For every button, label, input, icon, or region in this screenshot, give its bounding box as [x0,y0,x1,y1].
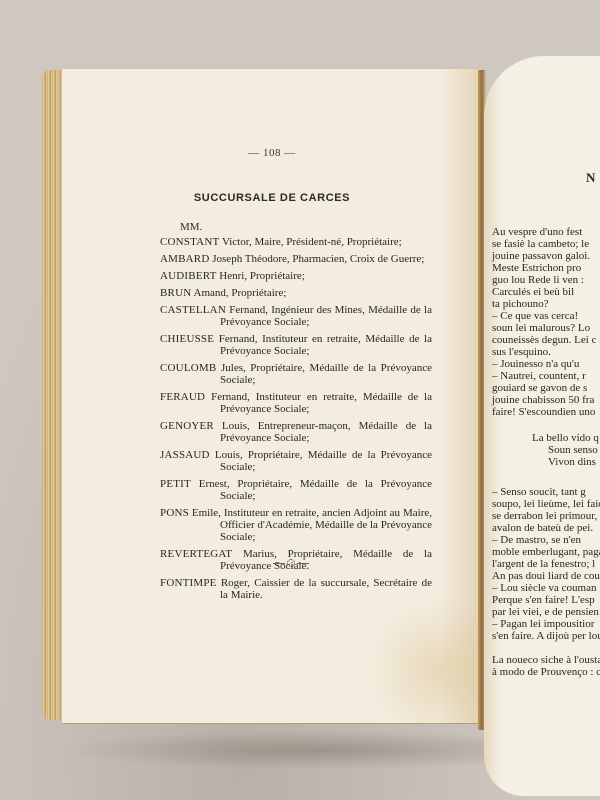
member-entry: PETIT Ernest, Propriétaire, Médaille de … [160,478,432,502]
right-page-line: Au vespre d'uno fest [492,226,582,238]
right-page-line: moble emberlugant, paga [492,546,600,558]
right-page-line: gouiard se gavon de s [492,382,587,394]
salutation: MM. [180,221,202,233]
right-page-line: avalon de bateù de pei. [492,522,593,534]
member-details: Fernand, Instituteur en retraite, Médail… [205,391,432,415]
right-page-line: soun lei malurous? Lo [492,322,590,334]
member-entry: CHIEUSSE Fernand, Instituteur en retrait… [160,333,432,357]
member-surname: JASSAUD [160,449,210,461]
member-surname: REVERTEGAT [160,548,232,560]
member-details: Roger, Caissier de la succursale, Secrét… [217,577,432,601]
member-entry: COULOMB Jules, Propriétaire, Médaille de… [160,362,432,386]
member-entry: BRUN Amand, Propriétaire; [160,287,432,299]
member-entry: FERAUD Fernand, Instituteur en retraite,… [160,391,432,415]
right-page-line: – Ce que vas cerca! [492,310,578,322]
member-surname: CASTELLAN [160,304,226,316]
right-page-line: se derrabon lei primour, [492,510,597,522]
right-page-line: Meste Estrichon pro [492,262,581,274]
right-page-line: jouine passavon galoi. [492,250,590,262]
member-details: Fernand, Ingénieur des Mines, Médaille d… [220,304,432,328]
right-page-line: – Nautrei, countent, r [492,370,586,382]
right-page-line: sus l'esquino. [492,346,551,358]
member-entry: GENOYER Louis, Entrepreneur-maçon, Médai… [160,420,432,444]
right-page-line: – Lou siècle va couman [492,582,596,594]
member-list: CONSTANT Victor, Maire, Président-né, Pr… [160,236,432,606]
member-entry: CONSTANT Victor, Maire, Président-né, Pr… [160,236,432,248]
right-page-line: Vivon dins [548,456,596,468]
member-entry: CASTELLAN Fernand, Ingénieur des Mines, … [160,304,432,328]
member-details: Ernest, Propriétaire, Médaille de la Pré… [191,478,432,502]
ornament-rule-left [273,563,285,564]
member-details: Amand, Propriétaire; [191,287,286,299]
flower-ornament [266,559,316,567]
member-surname: FERAUD [160,391,205,403]
right-page-line: – Senso soucit, tant g [492,486,586,498]
member-surname: COULOMB [160,362,216,374]
page-number: — 108 — [62,147,482,159]
member-surname: AMBARD [160,253,210,265]
member-entry: PONS Emile, Instituteur en retraite, anc… [160,507,432,543]
right-page-line: La bello vido q [532,432,599,444]
member-details: Fernand, Instituteur en retraite, Médail… [214,333,432,357]
member-surname: CONSTANT [160,236,219,248]
member-surname: BRUN [160,287,191,299]
right-page-line: – Jouinesso n'a qu'u [492,358,579,370]
member-surname: GENOYER [160,420,214,432]
right-page-line: couneissès degun. Lei c [492,334,596,346]
right-page-line: jouine chabisson 50 fra [492,394,594,406]
right-page-line: – Pagan lei impousitior [492,618,594,630]
member-surname: PONS [160,507,189,519]
member-entry: FONTIMPE Roger, Caissier de la succursal… [160,577,432,601]
right-page-line: se fasiè la cambeto; le [492,238,589,250]
member-surname: AUDIBERT [160,270,217,282]
member-details: Henri, Propriétaire; [217,270,305,282]
member-details: Victor, Maire, Président-né, Propriétair… [219,236,401,248]
right-page-line: s'en faire. A dijoù per lou [492,630,600,642]
right-page-line: par lei viei, e de pensien [492,606,599,618]
right-page-line: faire! S'escoundien uno [492,406,595,418]
right-page-line: Carculés ei beù bil [492,286,574,298]
member-entry: AMBARD Joseph Théodore, Pharmacien, Croi… [160,253,432,265]
member-details: Marius, Propriétaire, Médaille de la Pré… [220,548,432,572]
right-page: N Au vespre d'uno festse fasiè la cambet… [484,56,600,796]
right-page-line: Soun senso [548,444,598,456]
member-details: Louis, Propriétaire, Médaille de la Prév… [210,449,432,473]
member-surname: CHIEUSSE [160,333,214,345]
section-title: SUCCURSALE DE CARCES [62,192,482,204]
member-entry: JASSAUD Louis, Propriétaire, Médaille de… [160,449,432,473]
right-page-line: l'argent de la fenestro; l [492,558,595,570]
member-surname: PETIT [160,478,191,490]
flower-icon [287,559,295,567]
right-page-line: An pas doui liard de cou [492,570,600,582]
member-details: Jules, Propriétaire, Médaille de la Prév… [216,362,432,386]
right-page-heading: N [586,170,595,186]
right-page-line: à modo de Prouvenço : ci [492,666,600,678]
right-page-line: guo lou Rede li ven : [492,274,584,286]
right-page-line: – De mastro, se n'en [492,534,581,546]
member-details: Emile, Instituteur en retraite, ancien A… [189,507,432,543]
member-details: Louis, Entrepreneur-maçon, Médaille de l… [214,420,432,444]
right-page-line: soupo, lei lieùme, lei faic [492,498,600,510]
right-page-line: La noueco siche à l'oustal [492,654,600,666]
right-page-line: ta pichouno? [492,298,549,310]
member-details: Joseph Théodore, Pharmacien, Croix de Gu… [210,253,425,265]
ornament-rule-right [297,563,309,564]
member-surname: FONTIMPE [160,577,217,589]
member-entry: AUDIBERT Henri, Propriétaire; [160,270,432,282]
right-page-line: Perque s'en faire! L'esp [492,594,595,606]
